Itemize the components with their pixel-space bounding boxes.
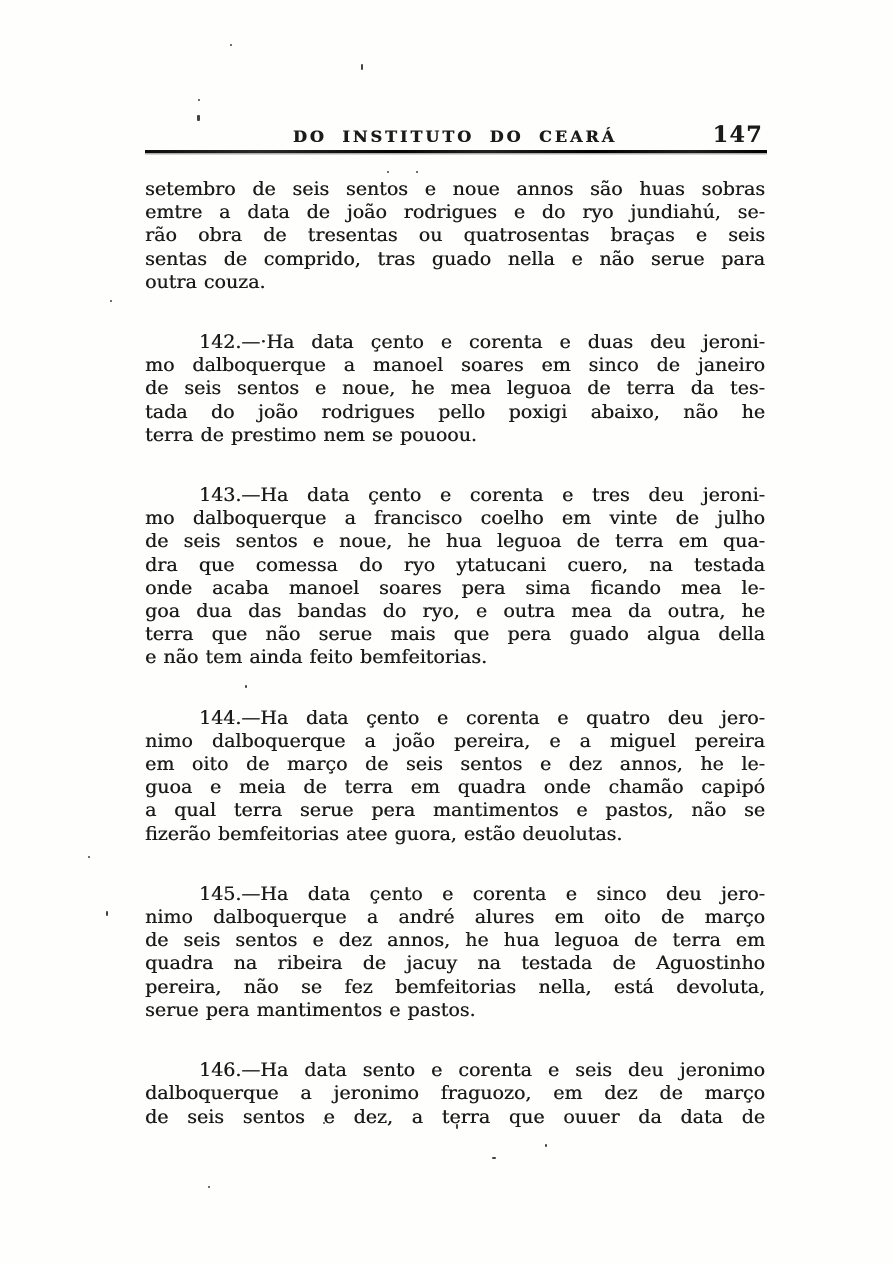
paragraph: 144.—Ha data çento e corenta e quatro de… <box>145 707 765 846</box>
text-line: 143.—Ha data çento e corenta e tres deu … <box>145 484 765 507</box>
scan-speck <box>106 911 108 916</box>
text-line: dra que comessa do ryo ytatucani cuero, … <box>145 554 765 577</box>
scan-speck <box>387 171 389 173</box>
text-line: serue pera mantimentos e pastos. <box>145 999 765 1022</box>
text-line: sentas de comprido, tras guado nella e n… <box>145 248 765 271</box>
text-block: setembro de seis sentos e noue annos são… <box>145 178 765 1166</box>
text-line: 142.—·Ha data çento e corenta e duas deu… <box>145 331 765 354</box>
text-line: nimo dalboquerque a andré alures em oito… <box>145 906 765 929</box>
scan-speck <box>197 115 200 121</box>
text-line: setembro de seis sentos e noue annos são… <box>145 178 765 201</box>
text-line: de seis sentos e noue, he mea leguoa de … <box>145 377 765 400</box>
text-line: guoa e meia de terra em quadra onde cham… <box>145 776 765 799</box>
running-header: DO INSTITUTO DO CEARÁ 147 <box>145 124 765 150</box>
paragraph: 143.—Ha data çento e corenta e tres deu … <box>145 484 765 670</box>
header-title: DO INSTITUTO DO CEARÁ <box>145 127 765 146</box>
text-line: em oito de março de seis sentos e dez an… <box>145 753 765 776</box>
text-line: fizerão bemfeitorias atee guora, estão d… <box>145 823 765 846</box>
text-line: dalboquerque a jeronimo fraguozo, em dez… <box>145 1082 765 1105</box>
scan-speck <box>361 64 363 70</box>
text-line: de seis sentos e noue, he hua leguoa de … <box>145 530 765 553</box>
scan-speck <box>492 1157 496 1159</box>
paragraph: setembro de seis sentos e noue annos são… <box>145 178 765 294</box>
text-line: quadra na ribeira de jacuy na testada de… <box>145 952 765 975</box>
text-line: rão obra de tresentas ou quatrosentas br… <box>145 224 765 247</box>
text-line: pereira, não se fez bemfeitorias nella, … <box>145 976 765 999</box>
scan-speck <box>230 44 232 46</box>
text-line: de seis sentos e dez annos, he hua leguo… <box>145 929 765 952</box>
scan-speck <box>110 300 112 302</box>
scan-speck <box>323 1122 325 1124</box>
paragraph: 142.—·Ha data çento e corenta e duas deu… <box>145 331 765 447</box>
page-number: 147 <box>713 122 763 148</box>
text-line: tada do joão rodrigues pello poxigi abai… <box>145 401 765 424</box>
text-line: de seis sentos e dez, a terra que ouuer … <box>145 1106 765 1129</box>
scan-speck <box>416 171 418 173</box>
paragraph: 146.—Ha data sento e corenta e seis deu … <box>145 1059 765 1129</box>
paragraph: 145.—Ha data çento e corenta e sinco deu… <box>145 883 765 1022</box>
header-rule <box>145 150 767 153</box>
scan-speck <box>545 1144 547 1147</box>
text-line: onde acaba manoel soares pera sima fican… <box>145 577 765 600</box>
text-line: emtre a data de joão rodrigues e do ryo … <box>145 201 765 224</box>
scan-speck <box>456 1124 458 1129</box>
scan-speck <box>198 99 200 101</box>
text-line: mo dalboquerque a manoel soares em sinco… <box>145 354 765 377</box>
text-line: outra couza. <box>145 271 765 294</box>
text-line: a qual terra serue pera mantimentos e pa… <box>145 799 765 822</box>
scan-speck <box>88 856 90 858</box>
text-line: nimo dalboquerque a joão pereira, e a mi… <box>145 730 765 753</box>
text-line: e não tem ainda feito bemfeitorias. <box>145 646 765 669</box>
scan-speck <box>208 1186 210 1188</box>
text-line: terra que não serue mais que pera guado … <box>145 623 765 646</box>
scan-speck <box>245 685 247 688</box>
text-line: mo dalboquerque a francisco coelho em vi… <box>145 507 765 530</box>
text-line: 146.—Ha data sento e corenta e seis deu … <box>145 1059 765 1082</box>
text-line: terra de prestimo nem se pouoou. <box>145 424 765 447</box>
text-line: 145.—Ha data çento e corenta e sinco deu… <box>145 883 765 906</box>
scanned-book-page: DO INSTITUTO DO CEARÁ 147 setembro de se… <box>0 0 893 1263</box>
text-line: 144.—Ha data çento e corenta e quatro de… <box>145 707 765 730</box>
text-line: goa dua das bandas do ryo, e outra mea d… <box>145 600 765 623</box>
scan-speck <box>537 1121 539 1123</box>
